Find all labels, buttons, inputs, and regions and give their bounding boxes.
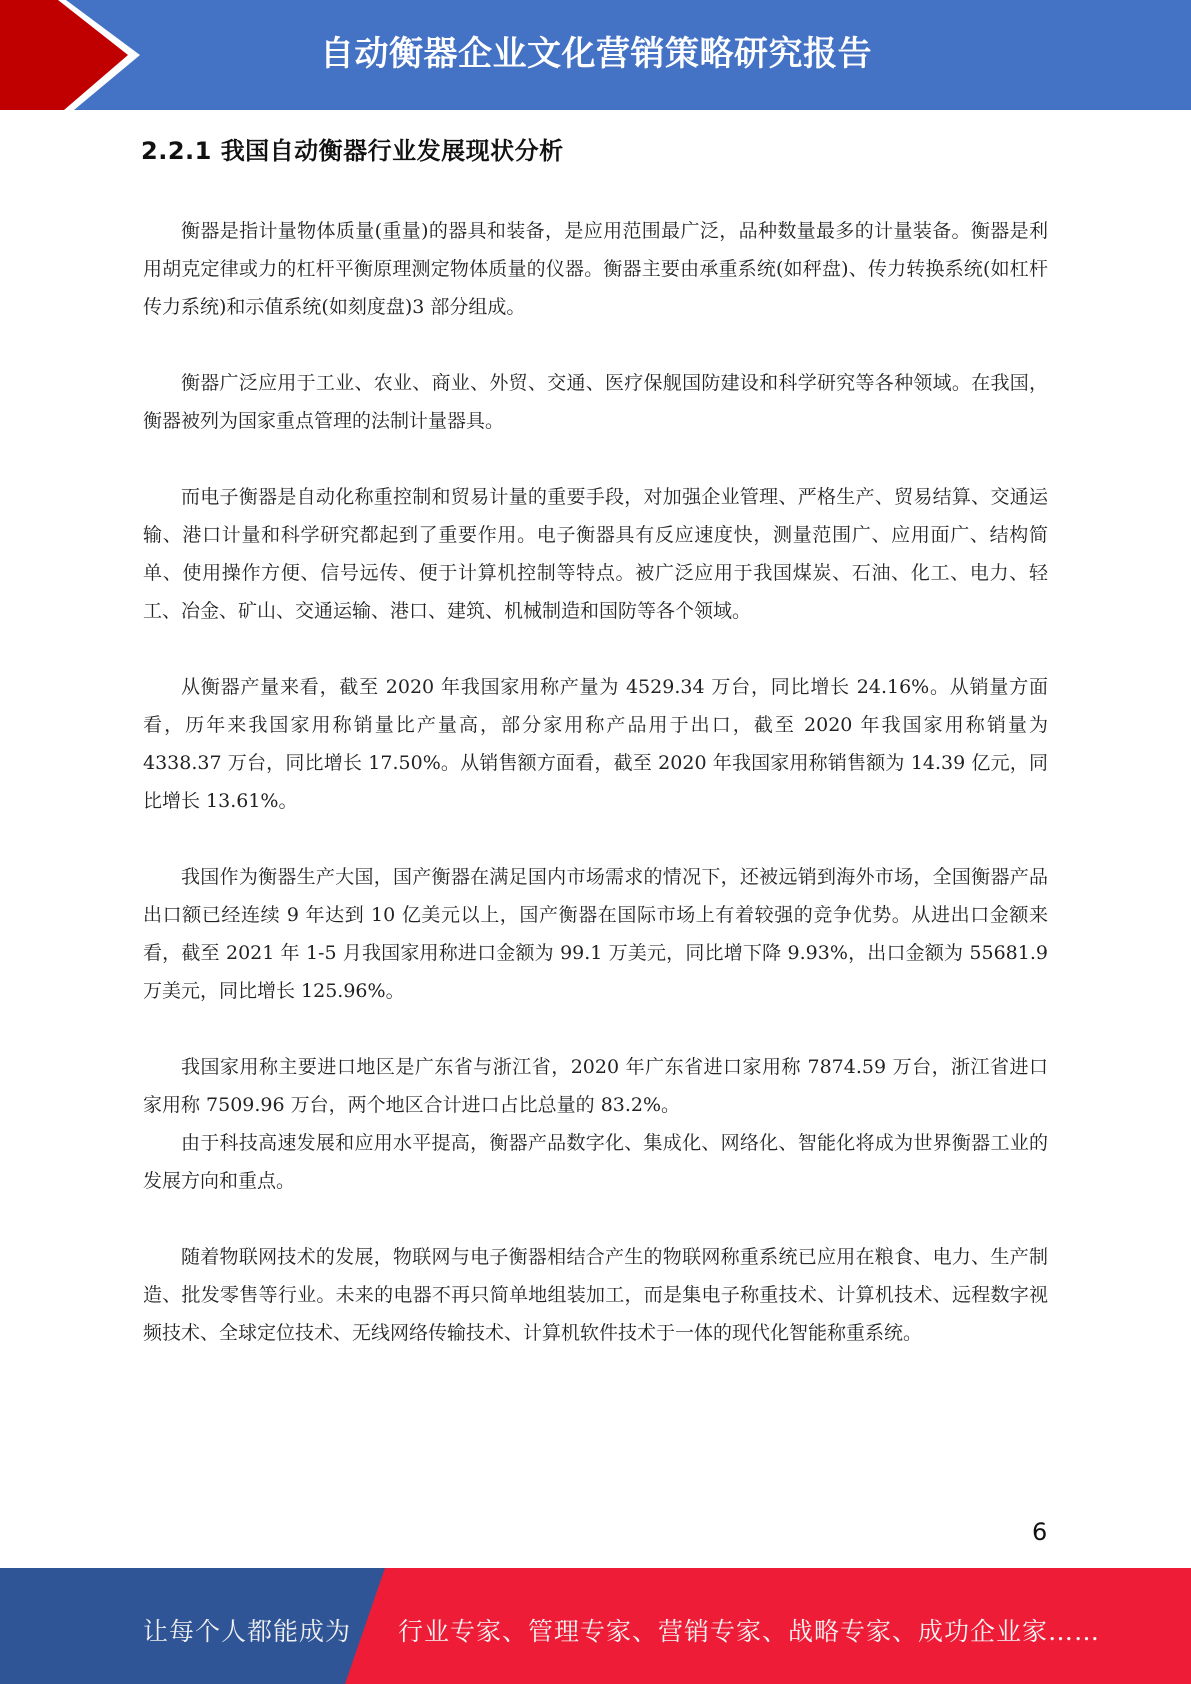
page-number: 6 [1032, 1518, 1047, 1546]
paragraph-development-direction: 由于科技高速发展和应用水平提高，衡器产品数字化、集成化、网络化、智能化将成为世界… [143, 1124, 1048, 1200]
section-heading: 2.2.1 我国自动衡器行业发展现状分析 [141, 131, 564, 166]
report-title: 自动衡器企业文化营销策略研究报告 [320, 26, 872, 82]
paragraph-production-sales: 从衡器产量来看，截至 2020 年我国家用称产量为 4529.34 万台，同比增… [143, 668, 1048, 820]
paragraph-definition: 衡器是指计量物体质量(重量)的器具和装备，是应用范围最广泛，品种数量最多的计量装… [143, 212, 1048, 326]
paragraph-applications: 衡器广泛应用于工业、农业、商业、外贸、交通、医疗保舰国防建设和科学研究等各种领域… [143, 364, 1048, 440]
page-header: 自动衡器企业文化营销策略研究报告 [0, 0, 1191, 110]
paragraph-iot: 随着物联网技术的发展，物联网与电子衡器相结合产生的物联网称重系统已应用在粮食、电… [143, 1238, 1048, 1352]
paragraph-import-regions: 我国家用称主要进口地区是广东省与浙江省，2020 年广东省进口家用称 7874.… [143, 1048, 1048, 1124]
footer-slogan-left: 让每个人都能成为 [143, 1612, 351, 1648]
body-text: 衡器是指计量物体质量(重量)的器具和装备，是应用范围最广泛，品种数量最多的计量装… [143, 212, 1048, 1352]
footer-slogan-right: 行业专家、管理专家、营销专家、战略专家、成功企业家…… [398, 1612, 1100, 1648]
page-footer: 让每个人都能成为 行业专家、管理专家、营销专家、战略专家、成功企业家…… [0, 1568, 1191, 1684]
paragraph-electronic-scales: 而电子衡器是自动化称重控制和贸易计量的重要手段，对加强企业管理、严格生产、贸易结… [143, 478, 1048, 630]
paragraph-import-export: 我国作为衡器生产大国，国产衡器在满足国内市场需求的情况下，还被远销到海外市场，全… [143, 858, 1048, 1010]
